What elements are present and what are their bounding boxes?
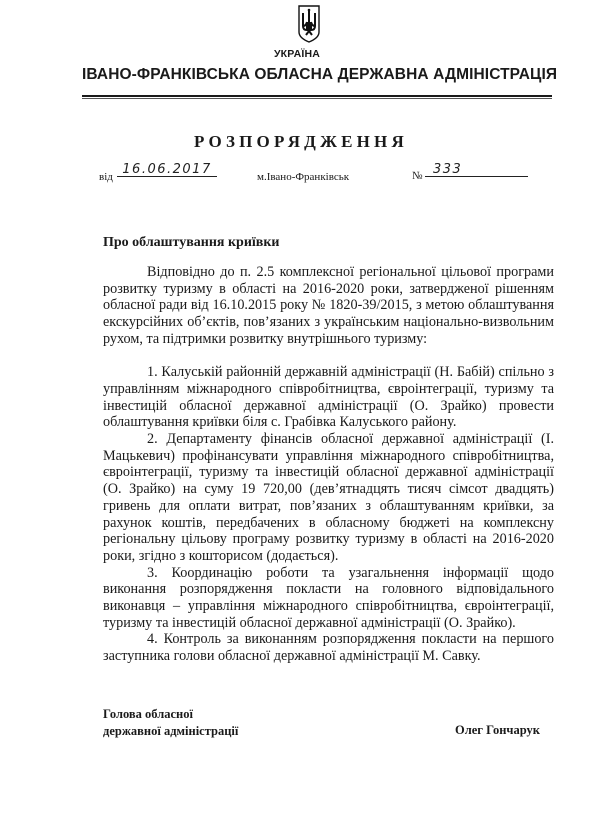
date-field: 16.06.2017 bbox=[117, 160, 217, 177]
item-paragraph-1: 1. Калуській районній державній адмініст… bbox=[103, 364, 554, 431]
document-type-title: РОЗПОРЯДЖЕННЯ bbox=[0, 132, 594, 152]
number-label: № bbox=[412, 170, 423, 182]
item-paragraph-3: 3. Координацію роботи та узагальнення ін… bbox=[103, 565, 554, 632]
header-divider-thin bbox=[82, 98, 552, 99]
signatory-name: Олег Гончарук bbox=[455, 723, 540, 738]
signatory-title: Голова обласної державної адміністрації bbox=[103, 706, 238, 739]
header-divider bbox=[82, 95, 552, 97]
preamble-paragraph: Відповідно до п. 2.5 комплексної регіона… bbox=[103, 264, 554, 348]
number-value: 333 bbox=[433, 162, 462, 177]
coat-of-arms-trident-icon bbox=[297, 4, 321, 44]
document-body: Відповідно до п. 2.5 комплексної регіона… bbox=[103, 264, 554, 665]
document-subject: Про облаштування криївки bbox=[103, 235, 279, 251]
date-value: 16.06.2017 bbox=[122, 162, 211, 177]
signatory-title-line-1: Голова обласної bbox=[103, 706, 238, 723]
item-paragraph-4: 4. Контроль за виконанням розпорядження … bbox=[103, 631, 554, 664]
signatory-title-line-2: державної адміністрації bbox=[103, 723, 238, 740]
country-name: УКРАЇНА bbox=[0, 48, 594, 60]
item-paragraph-2: 2. Департаменту фінансів обласної держав… bbox=[103, 431, 554, 565]
number-field: 333 bbox=[425, 160, 528, 177]
city-label: м.Івано-Франківськ bbox=[257, 171, 349, 183]
organization-name: ІВАНО-ФРАНКІВСЬКА ОБЛАСНА ДЕРЖАВНА АДМІН… bbox=[82, 66, 552, 84]
date-label: від bbox=[99, 171, 113, 183]
